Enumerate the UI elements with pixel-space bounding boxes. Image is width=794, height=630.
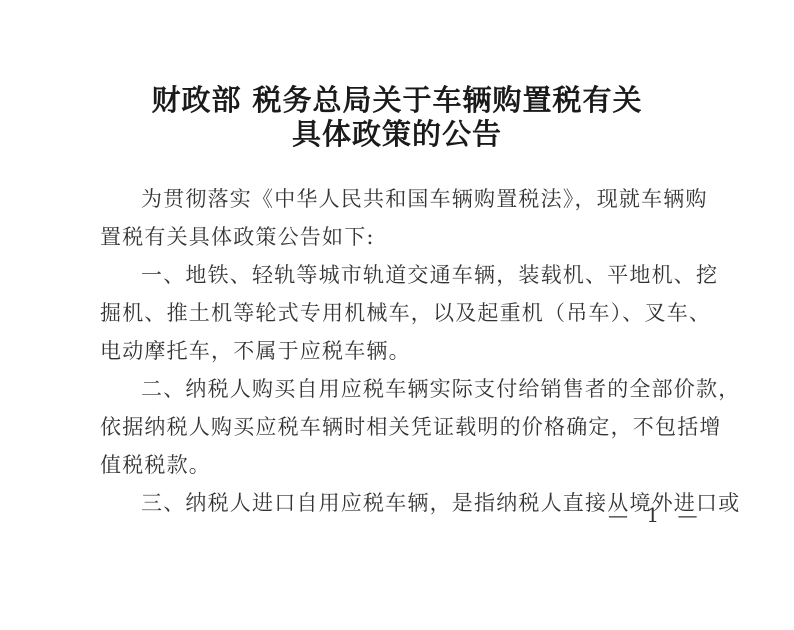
page-number: — 1 —	[608, 503, 703, 527]
paragraph-intro-line-1: 为贯彻落实《中华人民共和国车辆购置税法》，现就车辆购	[141, 183, 692, 213]
paragraph-item-1-line-2: 掘机、推土机等轮式专用机械车，以及起重机（吊车）、叉车、	[100, 297, 692, 327]
paragraph-item-2-line-3: 值税税款。	[100, 449, 692, 479]
paragraph-item-2-line-2: 依据纳税人购买应税车辆时相关凭证载明的价格确定，不包括增	[100, 411, 692, 441]
paragraph-item-1-line-3: 电动摩托车，不属于应税车辆。	[100, 335, 692, 365]
paragraph-intro-line-2: 置税有关具体政策公告如下:	[100, 221, 692, 251]
paragraph-item-2-line-1: 二、纳税人购买自用应税车辆实际支付给销售者的全部价款，	[141, 373, 692, 403]
paragraph-item-1-line-1: 一、地铁、轻轨等城市轨道交通车辆，装载机、平地机、挖	[141, 259, 692, 289]
document-title-line-2: 具体政策的公告	[0, 112, 794, 153]
